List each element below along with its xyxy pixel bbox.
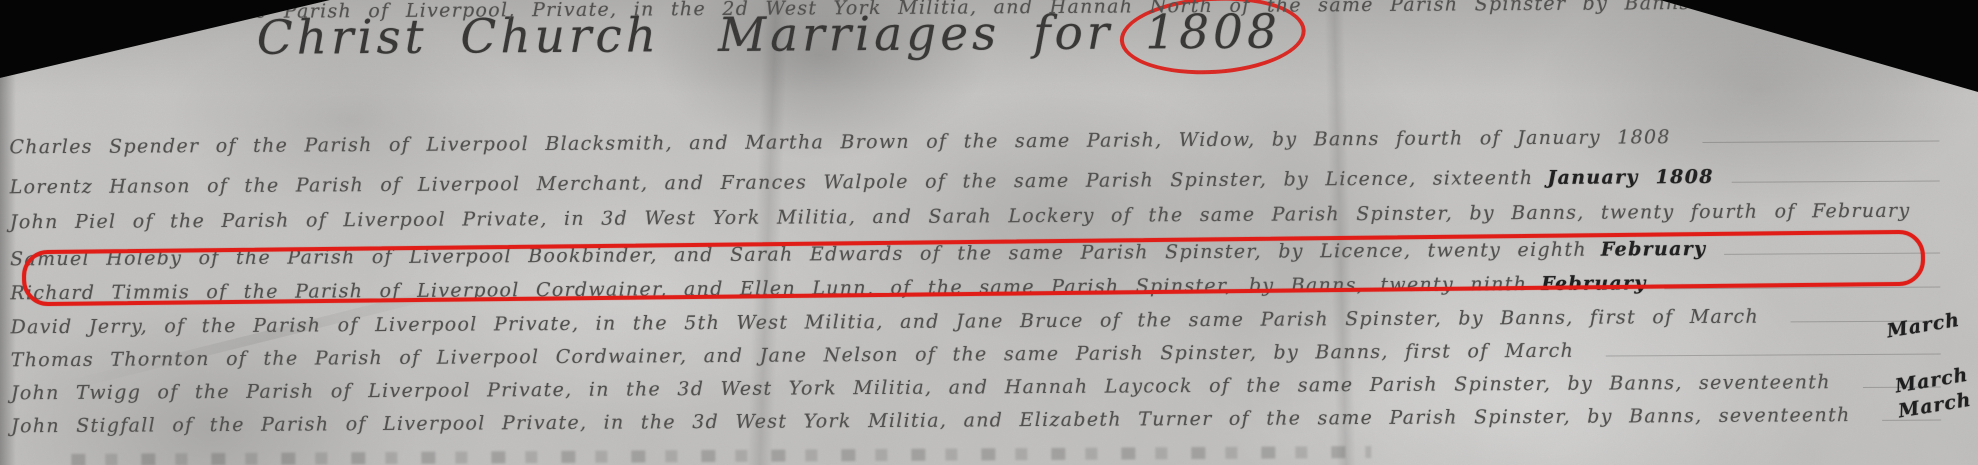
register-entry: Thomas Thornton of the Parish of Liverpo…	[11, 335, 1961, 373]
register-entry: Charles Spender of the Parish of Liverpo…	[9, 122, 1959, 160]
ruled-line	[1732, 181, 1940, 183]
scanned-register-page: Christ ChurchMarriages for1808 Charles S…	[0, 0, 1978, 465]
entry-text: John Stigfall of the Parish of Liverpool…	[11, 402, 1851, 439]
entry-text: John Piel of the Parish of Liverpool Pri…	[10, 198, 1911, 236]
entry-text: Thomas Thornton of the Parish of Liverpo…	[11, 338, 1575, 374]
register-entry: John Stigfall of the Parish of Liverpool…	[11, 401, 1961, 439]
register-entry: John Piel of the Parish of Liverpool Pri…	[10, 197, 1960, 235]
cropped-partial-entry	[71, 446, 1371, 465]
entry-text: David Jerry, of the Parish of Liverpool …	[10, 304, 1759, 341]
ruled-line	[1606, 354, 1941, 357]
register-entry: Lorentz Hanson of the Parish of Liverpoo…	[10, 162, 1960, 200]
ruled-line	[1703, 141, 1940, 143]
entry-date-note: January 1808	[1547, 164, 1714, 191]
entry-text: Lorentz Hanson of the Parish of Liverpoo…	[10, 165, 1534, 200]
ruled-line	[1855, 7, 1939, 9]
register-entry: David Jerry, of the Parish of Liverpool …	[10, 302, 1960, 340]
register-entry: John Twigg of the Parish of Liverpool Pr…	[11, 368, 1961, 406]
entry-text: Charles Spender of the Parish of Liverpo…	[9, 124, 1671, 160]
entry-text: John Twigg of the Parish of Liverpool Pr…	[11, 369, 1831, 406]
